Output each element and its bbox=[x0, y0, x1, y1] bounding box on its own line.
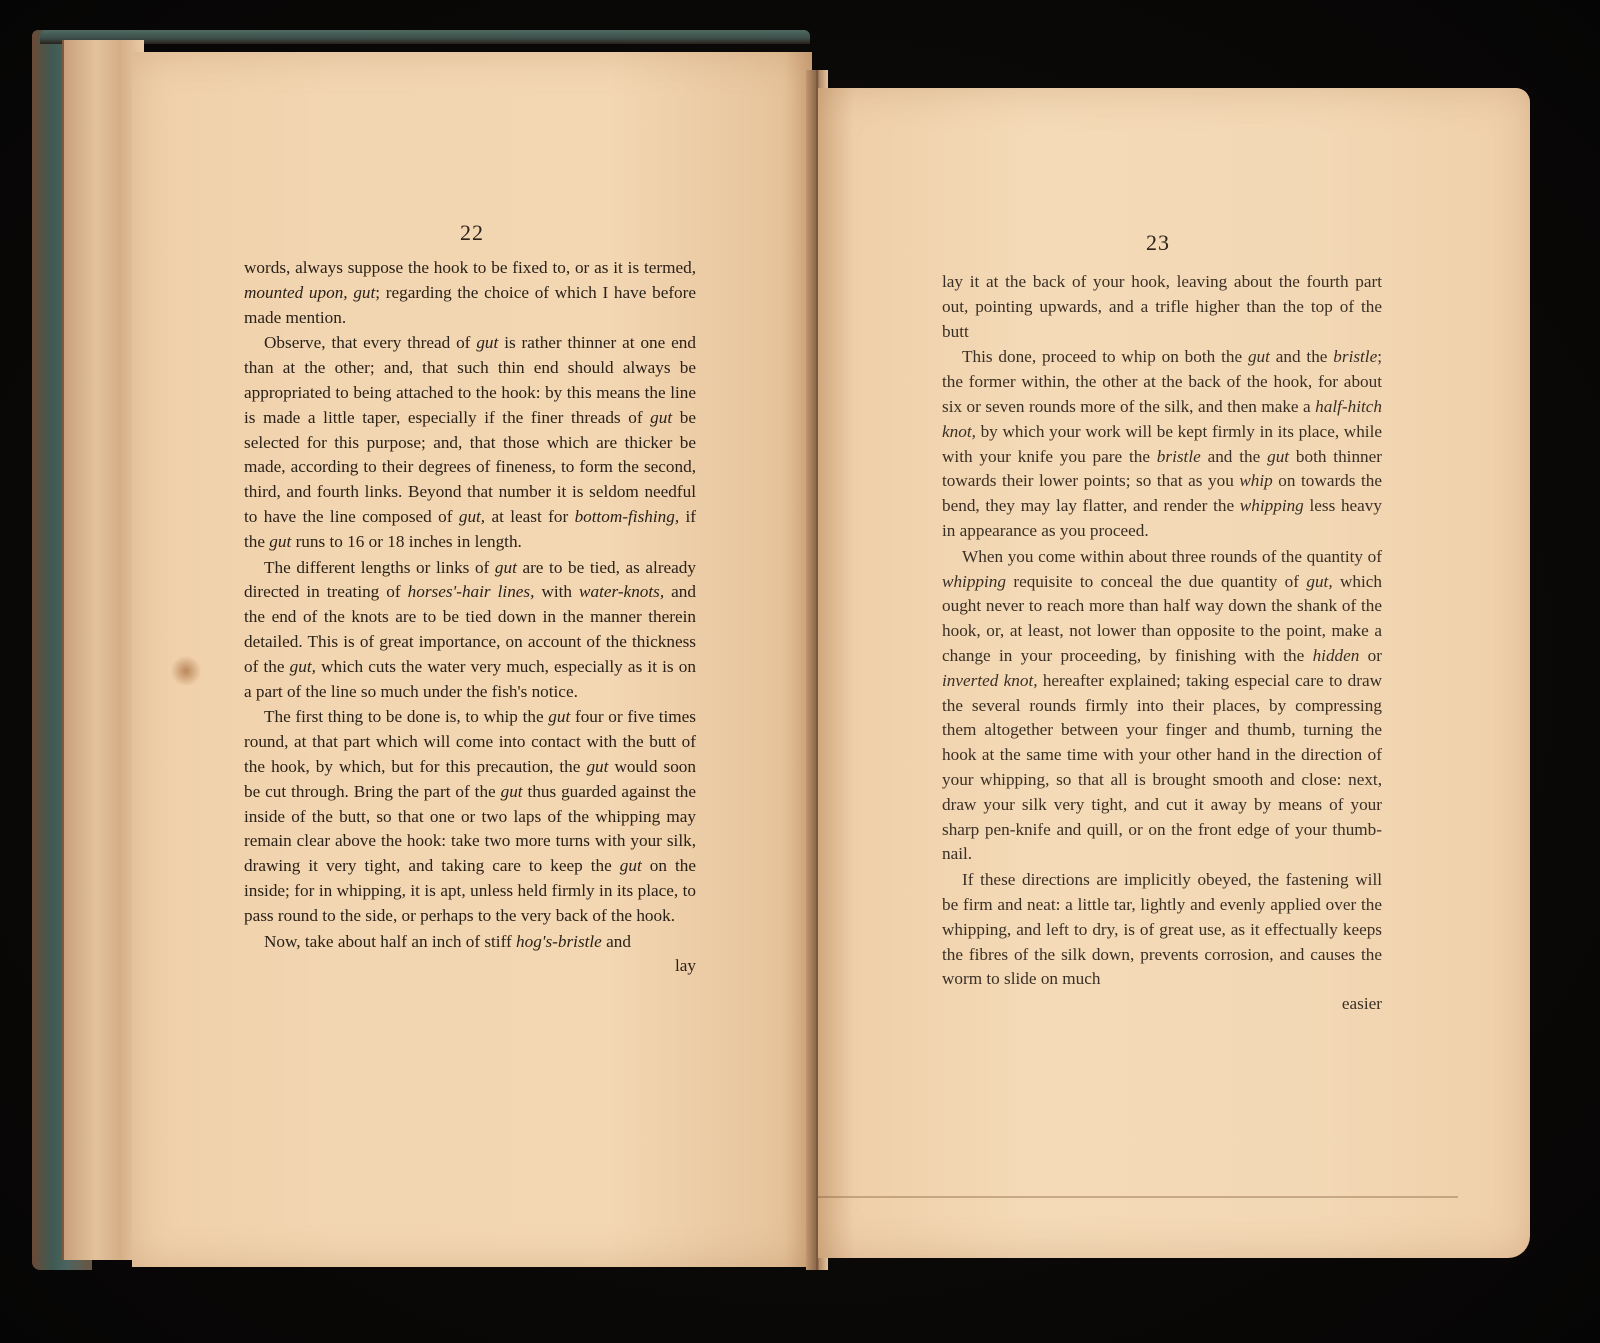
right-page: 23 lay it at the back of your hook, leav… bbox=[818, 88, 1530, 1258]
book-cover-top-edge bbox=[40, 30, 810, 44]
paragraph: If these directions are implicitly obeye… bbox=[942, 868, 1382, 992]
paragraph: This done, proceed to whip on both the g… bbox=[942, 345, 1382, 543]
paragraph: Observe, that every thread of gut is rat… bbox=[244, 331, 696, 554]
paragraph: lay it at the back of your hook, leaving… bbox=[942, 270, 1382, 344]
right-page-number: 23 bbox=[1146, 230, 1170, 256]
paragraph: When you come within about three rounds … bbox=[942, 545, 1382, 867]
paragraph: The first thing to be done is, to whip t… bbox=[244, 705, 696, 928]
catchword: lay bbox=[244, 954, 696, 979]
foxing-stain bbox=[170, 656, 202, 686]
page-edge-crease bbox=[818, 1196, 1458, 1198]
left-page-number: 22 bbox=[460, 220, 484, 246]
paragraph: Now, take about half an inch of stiff ho… bbox=[244, 930, 696, 955]
paragraph: words, always suppose the hook to be fix… bbox=[244, 256, 696, 330]
paragraph: The different lengths or links of gut ar… bbox=[244, 556, 696, 705]
left-page-text: words, always suppose the hook to be fix… bbox=[244, 256, 696, 979]
left-page: 22 words, always suppose the hook to be … bbox=[132, 52, 812, 1267]
right-page-text: lay it at the back of your hook, leaving… bbox=[942, 270, 1382, 1017]
catchword: easier bbox=[942, 992, 1382, 1017]
